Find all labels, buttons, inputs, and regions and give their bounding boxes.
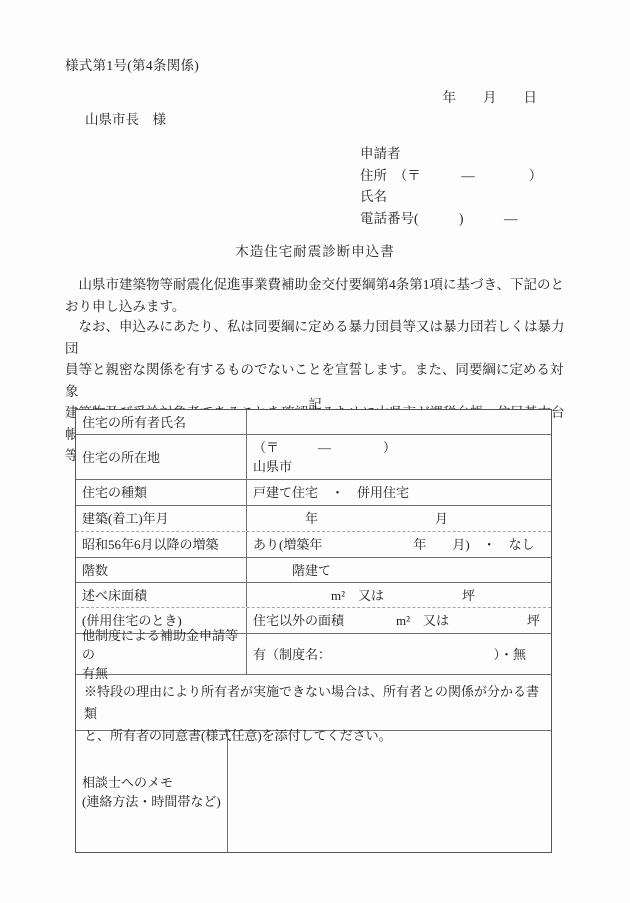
document-title: 木造住宅耐震診断申込書 bbox=[0, 240, 630, 260]
row-label-line: 有無 bbox=[82, 664, 243, 683]
intro-paragraph: 山県市建築物等耐震化促進事業費補助金交付要綱第4条第1項に基づき、下記のと おり… bbox=[65, 274, 570, 317]
table-row-consultant-memo: 相談士へのメモ (連絡方法・時間帯など) bbox=[76, 730, 551, 852]
table-row-owner-name: 住宅の所有者氏名 bbox=[76, 410, 551, 434]
row-value: m² 又は 坪 bbox=[247, 583, 551, 607]
applicant-heading: 申請者 bbox=[360, 143, 542, 165]
form-number: 様式第1号(第4条関係) bbox=[65, 54, 199, 74]
table-row-address: 住宅の所在地 （〒 ― ） 山県市 bbox=[76, 434, 551, 479]
paragraph-line: 山県市建築物等耐震化促進事業費補助金交付要綱第4条第1項に基づき、下記のと bbox=[65, 274, 570, 296]
row-value: あり(増築年 年 月) ・ なし bbox=[247, 532, 551, 557]
row-value: 有（制度名： ）・無 bbox=[247, 634, 551, 674]
applicant-phone-label: 電話番号( ) ― bbox=[360, 208, 542, 230]
table-row-house-type: 住宅の種類 戸建て住宅 ・ 併用住宅 bbox=[76, 479, 551, 505]
row-label-line: 他制度による補助金申請等の bbox=[82, 626, 243, 664]
addressee: 山県市長 様 bbox=[85, 108, 166, 128]
row-value: 階建て bbox=[247, 558, 551, 582]
row-label: 住宅の所有者氏名 bbox=[76, 410, 247, 434]
table-row-extension: 昭和56年6月以降の増築 あり(増築年 年 月) ・ なし bbox=[76, 531, 551, 557]
row-value: 年 月 bbox=[247, 506, 551, 531]
paragraph-line: なお、申込みにあたり、私は同要綱に定める暴力団員等又は暴力団若しくは暴力団 bbox=[65, 316, 570, 359]
note-line: ※特段の理由により所有者が実施できない場合は、所有者との関係が分かる書類 bbox=[84, 681, 543, 725]
row-label: 住宅の所在地 bbox=[76, 435, 247, 479]
row-label: 昭和56年6月以降の増築 bbox=[76, 532, 247, 557]
row-label: 述べ床面積 bbox=[76, 583, 247, 607]
application-table: 住宅の所有者氏名 住宅の所在地 （〒 ― ） 山県市 住宅の種類 戸建て住宅 ・… bbox=[75, 409, 552, 853]
row-label: 階数 bbox=[76, 558, 247, 582]
row-label: 他制度による補助金申請等の 有無 bbox=[76, 634, 247, 674]
application-form-page: 様式第1号(第4条関係) 年 月 日 山県市長 様 申請者 住所 （〒 ― ） … bbox=[0, 0, 630, 903]
row-label: 住宅の種類 bbox=[76, 480, 247, 505]
row-label-line: (連絡方法・時間帯など) bbox=[82, 792, 224, 811]
table-note: ※特段の理由により所有者が実施できない場合は、所有者との関係が分かる書類 と、所… bbox=[76, 674, 551, 730]
table-row-construction-date: 建築(着工)年月 年 月 bbox=[76, 505, 551, 531]
row-value bbox=[247, 410, 551, 434]
table-row-floors: 階数 階建て bbox=[76, 557, 551, 582]
table-row-other-subsidy: 他制度による補助金申請等の 有無 有（制度名： ）・無 bbox=[76, 633, 551, 674]
applicant-address-label: 住所 （〒 ― ） bbox=[360, 165, 542, 187]
paragraph-line: おり申し込みます。 bbox=[65, 296, 570, 318]
date-line: 年 月 日 bbox=[0, 86, 630, 106]
table-row-floor-area: 述べ床面積 m² 又は 坪 bbox=[76, 582, 551, 607]
row-label-line: 相談士へのメモ bbox=[82, 773, 224, 792]
row-value: 戸建て住宅 ・ 併用住宅 bbox=[247, 480, 551, 505]
row-value: （〒 ― ） 山県市 bbox=[247, 435, 551, 479]
row-value bbox=[228, 731, 551, 852]
row-value-line: （〒 ― ） bbox=[253, 438, 548, 457]
row-value-line: 山県市 bbox=[253, 457, 548, 476]
row-label: 建築(着工)年月 bbox=[76, 506, 247, 531]
row-value: 住宅以外の面積 m² 又は 坪 bbox=[247, 608, 551, 633]
row-label: 相談士へのメモ (連絡方法・時間帯など) bbox=[76, 731, 228, 852]
applicant-name-label: 氏名 bbox=[360, 186, 542, 208]
applicant-block: 申請者 住所 （〒 ― ） 氏名 電話番号( ) ― bbox=[360, 143, 542, 229]
